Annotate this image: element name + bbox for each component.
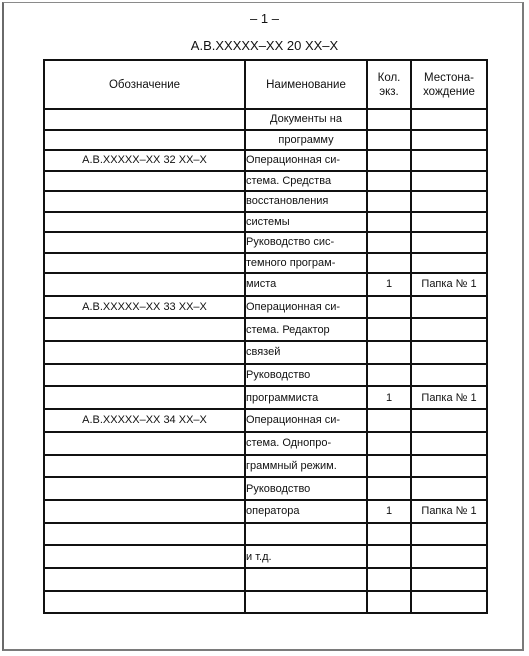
location-cell (411, 591, 487, 614)
table-row: Руководство сис- (44, 232, 487, 253)
table-row: А.В.XXXXX–XX 32 XX–XОперационная си- (44, 150, 487, 171)
name-cell: Руководство сис- (245, 232, 367, 253)
name-cell: восстановления (245, 191, 367, 212)
header-location-line1: Местона- (424, 72, 474, 84)
quantity-cell (367, 455, 411, 478)
location-cell: Папка № 1 (411, 386, 487, 409)
location-cell (411, 341, 487, 364)
table-row: связей (44, 341, 487, 364)
designation-cell (44, 455, 245, 478)
name-cell: и т.д. (245, 545, 367, 568)
quantity-cell (367, 191, 411, 212)
name-cell (245, 568, 367, 591)
location-cell (411, 455, 487, 478)
quantity-cell (367, 171, 411, 192)
name-cell: связей (245, 341, 367, 364)
designation-cell (44, 130, 245, 151)
header-location-line2: хождение (423, 86, 475, 98)
table-row: А.В.XXXXX–XX 34 XX–XОперационная си- (44, 409, 487, 432)
quantity-cell (367, 545, 411, 568)
designation-cell (44, 364, 245, 387)
quantity-cell (367, 432, 411, 455)
quantity-cell (367, 477, 411, 500)
table-row: оператора1Папка № 1 (44, 500, 487, 523)
designation-cell (44, 545, 245, 568)
quantity-cell: 1 (367, 273, 411, 296)
name-cell: Операционная си- (245, 409, 367, 432)
header-quantity: Кол. экз. (367, 60, 411, 109)
name-cell (245, 591, 367, 614)
quantity-cell (367, 109, 411, 130)
table-row: Руководство (44, 364, 487, 387)
designation-cell: А.В.XXXXX–XX 32 XX–X (44, 150, 245, 171)
designation-cell (44, 171, 245, 192)
table-row: миста1Папка № 1 (44, 273, 487, 296)
designation-cell (44, 386, 245, 409)
table-row: программу (44, 130, 487, 151)
location-cell (411, 523, 487, 546)
designation-cell (44, 232, 245, 253)
name-cell: программу (245, 130, 367, 151)
table-body: Документы напрограммуА.В.XXXXX–XX 32 XX–… (44, 109, 487, 613)
table-row: граммный режим. (44, 455, 487, 478)
quantity-cell (367, 364, 411, 387)
location-cell (411, 130, 487, 151)
location-cell (411, 296, 487, 319)
quantity-cell (367, 523, 411, 546)
quantity-cell (367, 341, 411, 364)
quantity-cell (367, 568, 411, 591)
quantity-cell (367, 296, 411, 319)
designation-cell: А.В.XXXXX–XX 34 XX–X (44, 409, 245, 432)
table-row: Руководство (44, 477, 487, 500)
location-cell (411, 477, 487, 500)
name-cell: граммный режим. (245, 455, 367, 478)
header-designation-label: Обозначение (109, 79, 180, 91)
location-cell (411, 432, 487, 455)
location-cell (411, 232, 487, 253)
name-cell: стема. Однопро- (245, 432, 367, 455)
header-location: Местона- хождение (411, 60, 487, 109)
name-cell: программиста (245, 386, 367, 409)
name-cell: миста (245, 273, 367, 296)
table-row: темного програм- (44, 253, 487, 274)
location-cell (411, 253, 487, 274)
document-code: А.В.XXXXX–XX 20 XX–X (0, 38, 529, 53)
designation-cell (44, 191, 245, 212)
quantity-cell (367, 130, 411, 151)
name-cell: Операционная си- (245, 296, 367, 319)
designation-cell (44, 523, 245, 546)
name-cell: оператора (245, 500, 367, 523)
location-cell (411, 150, 487, 171)
name-cell: Документы на (245, 109, 367, 130)
location-cell (411, 318, 487, 341)
quantity-cell (367, 318, 411, 341)
designation-cell (44, 253, 245, 274)
page-number: – 1 – (0, 11, 529, 26)
quantity-cell (367, 150, 411, 171)
name-cell: Операционная си- (245, 150, 367, 171)
quantity-cell: 1 (367, 386, 411, 409)
table-row: программиста1Папка № 1 (44, 386, 487, 409)
designation-cell (44, 212, 245, 233)
location-cell (411, 568, 487, 591)
name-cell: темного програм- (245, 253, 367, 274)
table-row: системы (44, 212, 487, 233)
name-cell: Руководство (245, 477, 367, 500)
name-cell (245, 523, 367, 546)
header-name: Наименование (245, 60, 367, 109)
table-row (44, 523, 487, 546)
name-cell: стема. Средства (245, 171, 367, 192)
designation-cell (44, 273, 245, 296)
documents-table: Обозначение Наименование Кол. экз. Место… (43, 59, 488, 614)
table-row: стема. Средства (44, 171, 487, 192)
header-quantity-line2: экз. (379, 86, 399, 98)
table-row (44, 568, 487, 591)
name-cell: стема. Редактор (245, 318, 367, 341)
header-quantity-line1: Кол. (378, 72, 401, 84)
designation-cell (44, 318, 245, 341)
quantity-cell (367, 591, 411, 614)
designation-cell: А.В.XXXXX–XX 33 XX–X (44, 296, 245, 319)
designation-cell (44, 477, 245, 500)
location-cell (411, 191, 487, 212)
designation-cell (44, 432, 245, 455)
designation-cell (44, 591, 245, 614)
designation-cell (44, 109, 245, 130)
header-designation: Обозначение (44, 60, 245, 109)
table-row: А.В.XXXXX–XX 33 XX–XОперационная си- (44, 296, 487, 319)
designation-cell (44, 341, 245, 364)
quantity-cell (367, 253, 411, 274)
location-cell (411, 409, 487, 432)
table-row: стема. Однопро- (44, 432, 487, 455)
location-cell (411, 109, 487, 130)
designation-cell (44, 500, 245, 523)
quantity-cell: 1 (367, 500, 411, 523)
quantity-cell (367, 409, 411, 432)
quantity-cell (367, 232, 411, 253)
quantity-cell (367, 212, 411, 233)
table-row: и т.д. (44, 545, 487, 568)
name-cell: системы (245, 212, 367, 233)
table-header-row: Обозначение Наименование Кол. экз. Место… (44, 60, 487, 109)
location-cell (411, 171, 487, 192)
table-row: Документы на (44, 109, 487, 130)
location-cell (411, 212, 487, 233)
location-cell (411, 364, 487, 387)
name-cell: Руководство (245, 364, 367, 387)
table-row: восстановления (44, 191, 487, 212)
location-cell: Папка № 1 (411, 500, 487, 523)
designation-cell (44, 568, 245, 591)
table-row: стема. Редактор (44, 318, 487, 341)
table-row (44, 591, 487, 614)
header-name-label: Наименование (266, 79, 346, 91)
location-cell: Папка № 1 (411, 273, 487, 296)
location-cell (411, 545, 487, 568)
